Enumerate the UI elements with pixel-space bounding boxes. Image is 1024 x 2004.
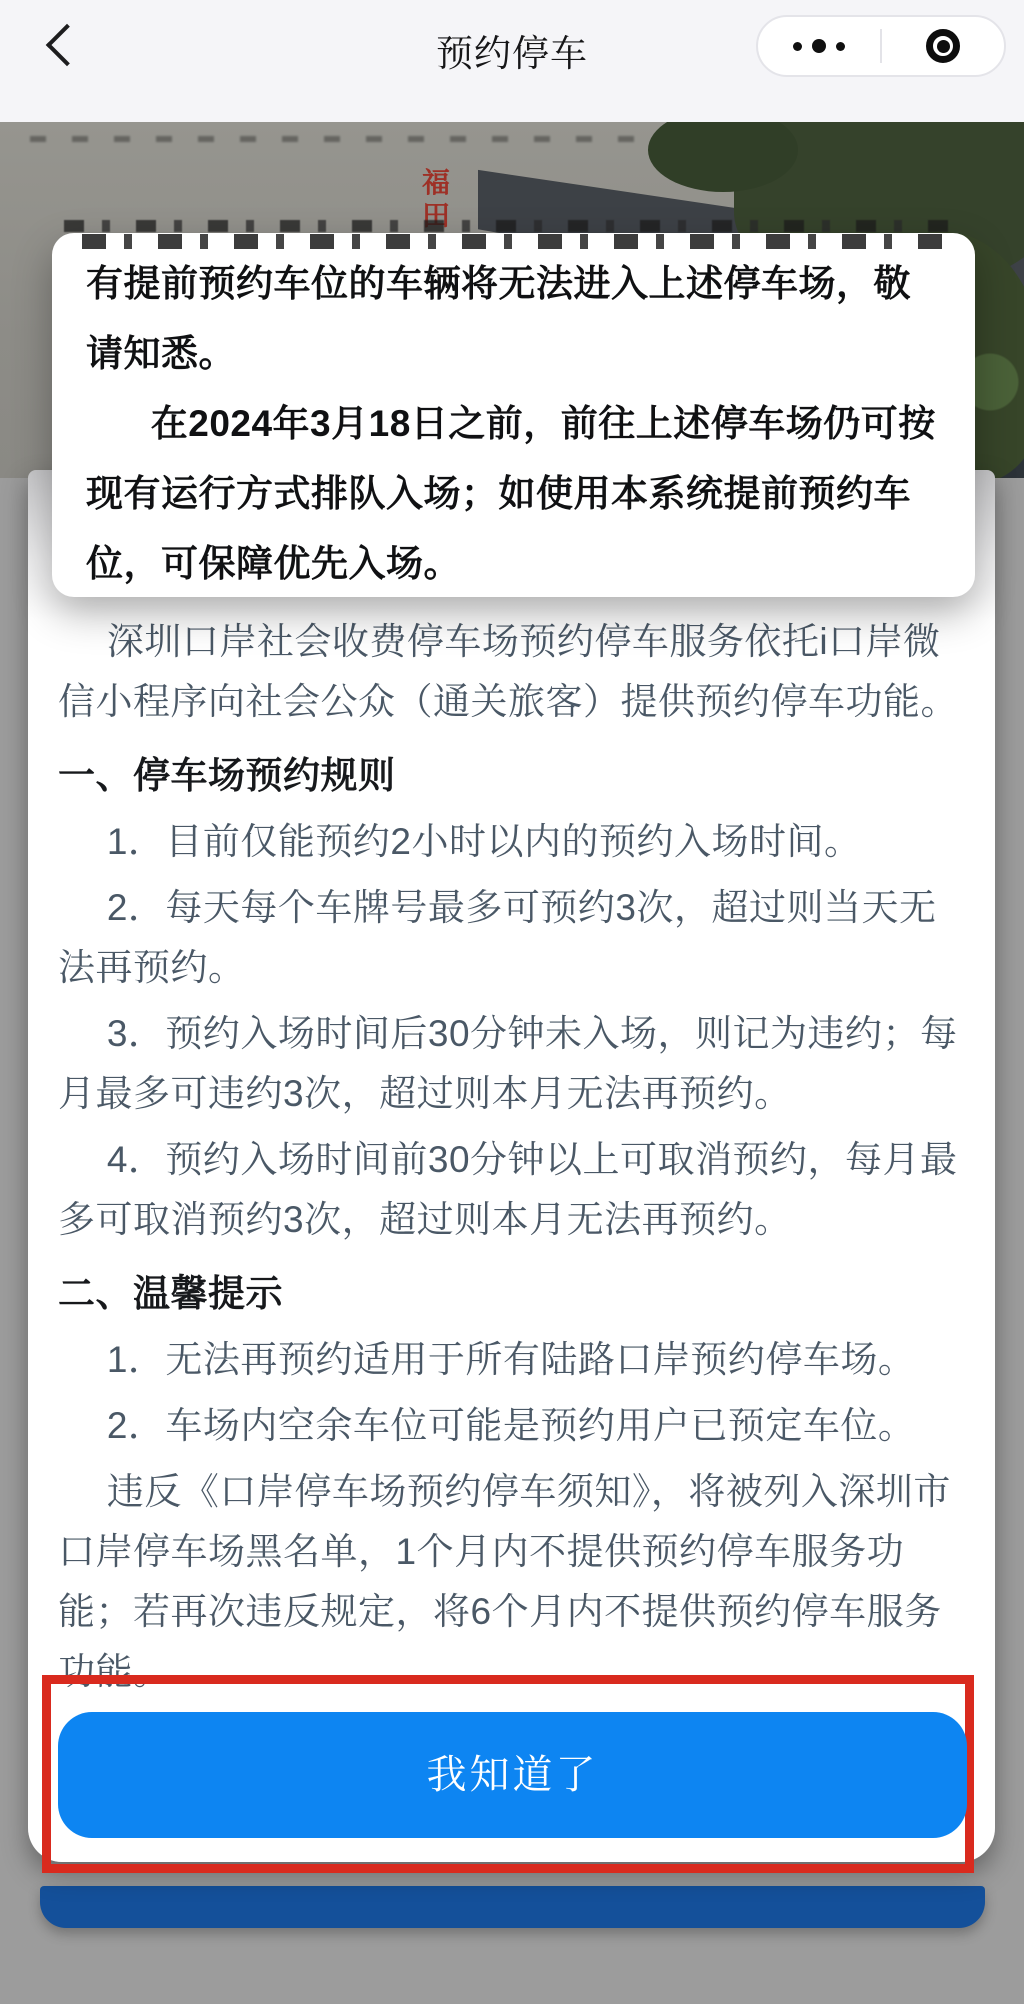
rules-section-title: 一、停车场预约规则 <box>58 746 970 806</box>
close-mini-program-button[interactable] <box>882 17 1004 75</box>
tip-item: 1．无法再预约适用于所有陆路口岸预约停车场。 <box>58 1330 970 1390</box>
more-options-button[interactable] <box>758 17 880 75</box>
wechat-capsule <box>756 15 1006 77</box>
rule-item: 3．预约入场时间后30分钟未入场，则记为违约；每月最多可违约3次，超过则本月无法… <box>58 1004 970 1124</box>
rule-item: 2．每天每个车牌号最多可预约3次，超过则当天无法再预约。 <box>58 878 970 998</box>
nav-bar: 预约停车 <box>0 0 1024 122</box>
warning-paragraph: 违反《口岸停车场预约停车须知》，将被列入深圳市口岸停车场黑名单，1个月内不提供预… <box>58 1462 970 1702</box>
clipped-line-fragments <box>82 234 945 249</box>
rule-item: 1．目前仅能预约2小时以内的预约入场时间。 <box>58 812 970 872</box>
tips-section-title: 二、温馨提示 <box>58 1264 970 1324</box>
dimmed-bottom-button[interactable] <box>40 1886 985 1928</box>
announcement-paragraph: 在2024年3月18日之前，前往上述停车场仍可按现有运行方式排队入场；如使用本系… <box>86 389 941 597</box>
notice-body: 深圳口岸社会收费停车场预约停车服务依托i口岸微信小程序向社会公众（通关旅客）提供… <box>58 612 970 1708</box>
i-know-button[interactable]: 我知道了 <box>58 1712 967 1838</box>
mini-program-screen: 预约停车 福 田 口 <box>0 0 1024 2004</box>
clipped-text-fragments <box>64 220 959 232</box>
rule-item: 4．预约入场时间前30分钟以上可取消预约，每月最多可取消预约3次，超过则本月无法… <box>58 1130 970 1250</box>
announcement-card: 有提前预约车位的车辆将无法进入上述停车场，敬请知悉。 在2024年3月18日之前… <box>52 233 975 597</box>
announcement-paragraph: 有提前预约车位的车辆将无法进入上述停车场，敬请知悉。 <box>86 249 941 389</box>
capsule-circle-icon <box>926 29 960 63</box>
intro-paragraph: 深圳口岸社会收费停车场预约停车服务依托i口岸微信小程序向社会公众（通关旅客）提供… <box>58 612 970 732</box>
tip-item: 2．车场内空余车位可能是预约用户已预定车位。 <box>58 1396 970 1456</box>
more-dots-icon <box>793 39 845 53</box>
